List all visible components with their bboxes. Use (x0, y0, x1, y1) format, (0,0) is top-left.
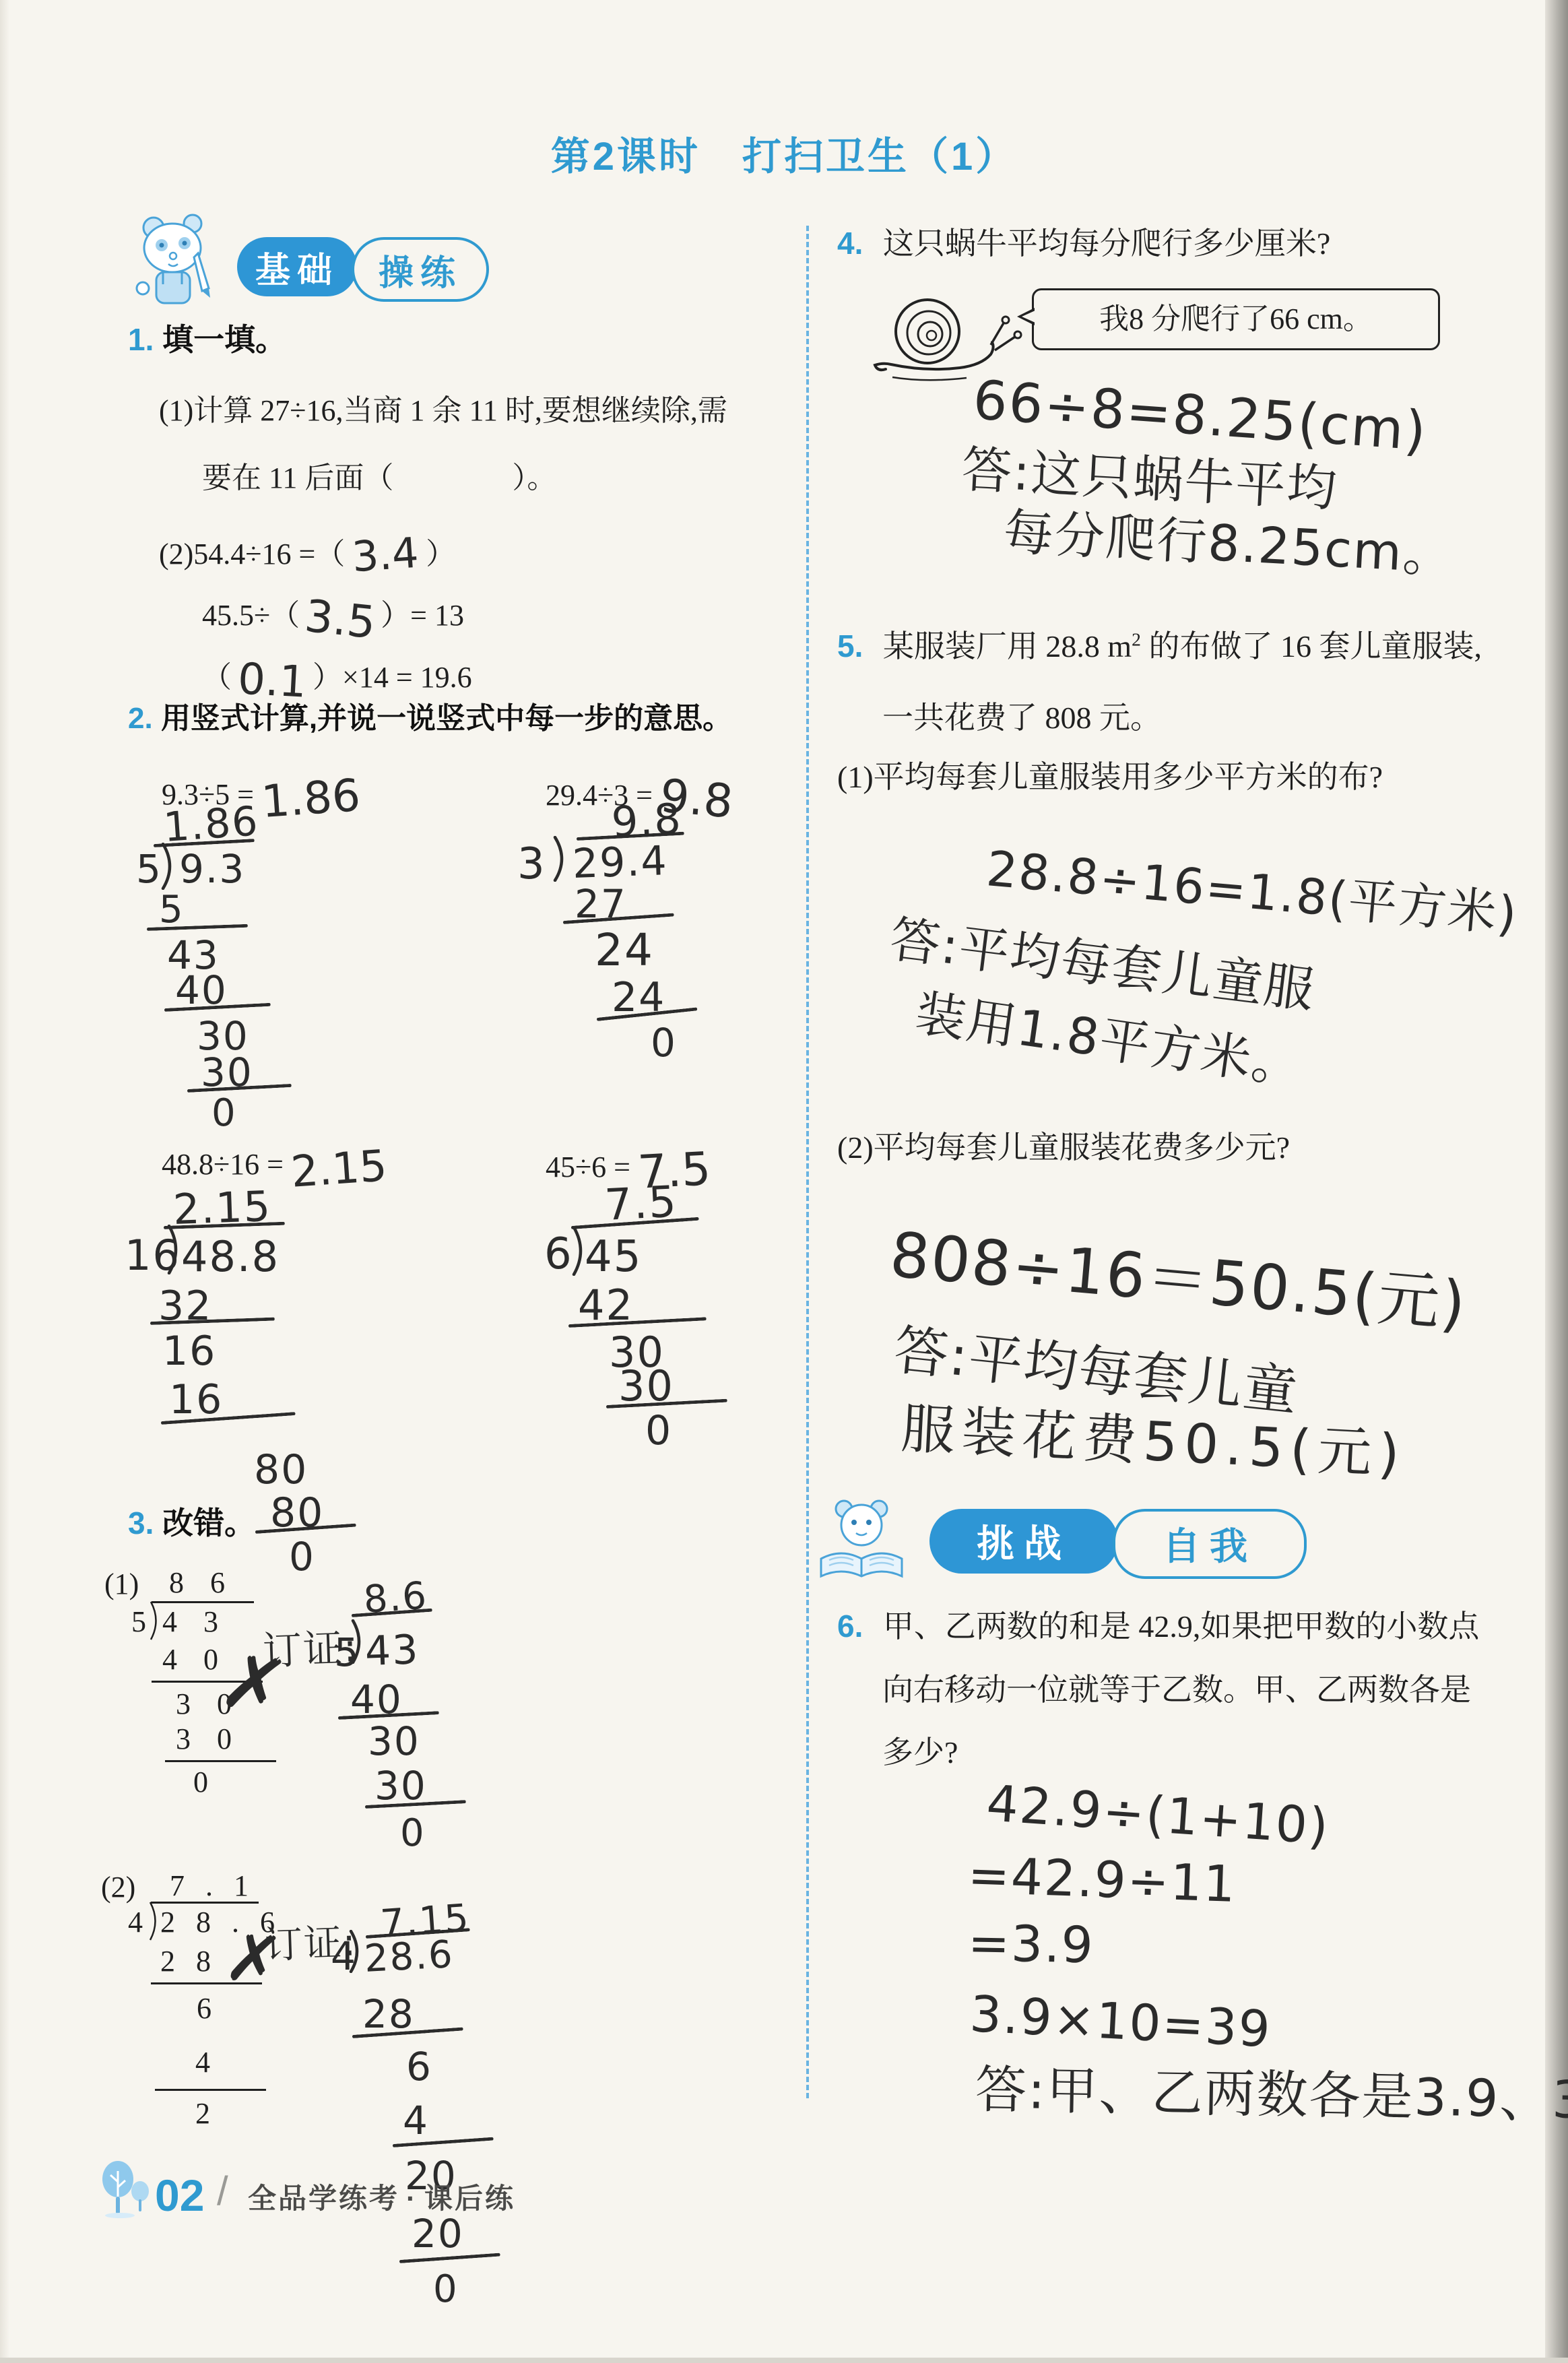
remainder: 0 (651, 1021, 677, 1066)
q1-item4-printed: （ (202, 661, 232, 694)
division-bracket (160, 843, 178, 890)
correction-division-2: 订证: 7.15 4 28.6 28 6 4 20 20 0 (265, 1896, 487, 2314)
q6-work-line: =3.9 (967, 1915, 1095, 1974)
work-row: 6 (406, 2044, 432, 2090)
quotient: 8 6 (169, 1566, 234, 1600)
scan-edge-right (1545, 0, 1568, 2363)
q1-item4-close: ）×14 = 19.6 (313, 661, 472, 694)
q1-item4-answer: 0.1 (230, 655, 314, 709)
division-bracket (149, 1601, 162, 1640)
work-row: 2 8 (160, 1945, 218, 1979)
q6-answer-line: 答:甲、乙两数各是3.9、39。 (975, 2060, 1568, 2131)
dividend: 4 3 (162, 1605, 228, 1640)
work-row: 30 (374, 1763, 427, 1809)
q2-eq4-printed: 45÷6 = (546, 1151, 630, 1184)
work-row: 16 (169, 1377, 223, 1423)
division-bracket (350, 1619, 366, 1664)
remainder: 0 (433, 2268, 459, 2311)
q5-sub2-work-line: 808÷16＝50.5(元) (887, 1219, 1469, 1340)
q5-line2: 一共花费了 808 元。 (882, 701, 1161, 736)
divisor: 4 (128, 1906, 143, 1940)
q5-line1a: 某服装厂用 28.8 m (883, 629, 1132, 663)
work-row: 3 0 (176, 1722, 241, 1757)
remainder: 0 (645, 1408, 672, 1454)
q3-title: 改错。 (162, 1506, 255, 1541)
q5-line1: 某服装厂用 28.8 m2 的布做了 16 套儿童服装, (883, 629, 1482, 663)
vinculum-line (152, 1601, 254, 1603)
q1-item3: 45.5÷（3.5）= 13 (202, 594, 464, 645)
division-bracket (148, 1902, 162, 1941)
q5-sub1: (1)平均每套儿童服装用多少平方米的布? (837, 760, 1383, 796)
q1-title: 填一填。 (162, 322, 286, 357)
q6-work-line: =42.9÷11 (967, 1847, 1238, 1914)
item-label: (2) (101, 1871, 135, 1905)
q6-number: 6. (837, 1609, 863, 1644)
divisor: 5 (136, 847, 162, 892)
workbook-page: 第2课时 打扫卫生（1） 基础 操练 1. 填一填。 (1)计算 27÷16,当… (0, 0, 1568, 2363)
division-bracket (348, 1930, 364, 1973)
dividend: 48.8 (181, 1233, 280, 1281)
longdiv-9point3-by-5: 1.86 5 9.3 5 43 40 30 30 0 (135, 805, 391, 1122)
q4-number: 4. (837, 226, 863, 261)
footer-brand-dot: · (399, 2182, 424, 2214)
trees-icon (100, 2159, 152, 2218)
dividend: 28.6 (363, 1933, 455, 1981)
q5-line1b: 的布做了 16 套儿童服装, (1141, 629, 1482, 663)
badge-basic: 基础 (237, 237, 357, 296)
correction-division-1: 8.6 订证: 5 43 40 30 30 0 (263, 1576, 485, 1859)
bear-reading-icon (812, 1494, 919, 1583)
page-title: 第2课时 打扫卫生（1） (551, 135, 1018, 180)
panda-writing-icon (128, 210, 233, 309)
column-divider (806, 226, 809, 2098)
work-row: 4 (403, 2098, 429, 2143)
q2-number: 2. (128, 702, 153, 735)
q3-number: 3. (128, 1506, 154, 1541)
longdiv-29point4-by-3: 9.8 3 29.4 27 24 24 0 (517, 798, 740, 1068)
longdiv-45-by-6: 7.5 6 45 42 30 30 0 (544, 1186, 746, 1455)
subtraction-line (165, 1760, 276, 1762)
q1-item3-printed: 45.5÷（ (202, 599, 300, 632)
work-row: 4 0 (162, 1643, 228, 1677)
q4-answer-line: 每分爬行8.25cm。 (1002, 504, 1456, 585)
work-row: 5 (159, 888, 185, 932)
q5-sub2: (2)平均每套儿童服装花费多少元? (837, 1130, 1290, 1166)
work-row: 20 (412, 2211, 464, 2257)
divisor: 5 (131, 1605, 146, 1640)
work-row: 30 (368, 1719, 420, 1764)
speech-bubble-tail-fill (1022, 311, 1035, 323)
remainder: 0 (211, 1092, 237, 1135)
remainder: 2 (195, 2097, 210, 2131)
division-bracket (552, 836, 570, 882)
vinculum-line (151, 1902, 259, 1904)
speech-bubble-text: 我8 分爬行了66 cm。 (1099, 302, 1373, 337)
q5-sub2-answer-line: 服装花费50.5(元) (900, 1398, 1408, 1486)
dividend: 43 (364, 1627, 420, 1675)
q4-text: 这只蜗牛平均每分爬行多少厘米? (883, 226, 1330, 261)
subtraction-line (155, 2089, 266, 2091)
q1-line2: 要在 11 后面（ ）。 (202, 461, 556, 496)
footer-slash: / (217, 2168, 228, 2214)
q2-title: 用竖式计算,并说一说竖式中每一步的意思。 (161, 702, 732, 735)
work-row: 16 (162, 1328, 216, 1375)
dividend: 29.4 (572, 838, 669, 888)
q1-item2: (2)54.4÷16 =（3.4） (159, 531, 455, 579)
q6-work-line: 3.9×10=39 (969, 1986, 1273, 2059)
q1-item4: （0.1）×14 = 19.6 (202, 657, 472, 707)
footer-brand-suffix: 课后练 (424, 2182, 515, 2214)
dividend: 9.3 (179, 847, 245, 892)
q5-sub1-work-line: 28.8÷16=1.8(平方米) (984, 841, 1520, 942)
quotient: 7 . 1 (170, 1869, 255, 1904)
q6-line1: 甲、乙两数的和是 42.9,如果把甲数的小数点 (883, 1609, 1480, 1644)
divisor: 3 (517, 840, 546, 890)
work-row: 80 (254, 1447, 308, 1493)
q2-eq3-printed: 48.8÷16 = (162, 1148, 284, 1181)
q1-number: 1. (128, 322, 154, 357)
scan-edge-bottom (0, 2358, 1568, 2363)
work-row: 4 (195, 2046, 210, 2080)
remainder: 0 (193, 1766, 208, 1800)
q1-item3-close: ）= 13 (381, 599, 464, 632)
item-label: (1) (104, 1567, 139, 1602)
page-number: 02 (155, 2170, 204, 2222)
work-row: 6 (197, 1992, 211, 2026)
q1-item3-answer: 3.5 (298, 590, 383, 649)
work-row: 24 (595, 925, 654, 976)
q6-line3: 多少? (882, 1735, 958, 1771)
q1-item2-close: ） (426, 538, 455, 571)
q1-line1: (1)计算 27÷16,当商 1 余 11 时,要想继续除,需 (159, 394, 727, 428)
dividend: 45 (585, 1233, 642, 1283)
q6-work-line: 42.9÷(1+10) (985, 1775, 1331, 1856)
speech-bubble: 我8 分爬行了66 cm。 (1032, 288, 1440, 350)
q5-number: 5. (837, 628, 863, 663)
footer-brand-name: 全品学练考 (248, 2182, 399, 2214)
q6-line2: 向右移动一位就等于乙数。甲、乙两数各是 (882, 1673, 1471, 1708)
work-row: 28 (362, 1992, 415, 2037)
badge-practice: 操练 (352, 237, 489, 302)
footer-brand: 全品学练考·课后练 (248, 2182, 515, 2215)
divisor: 6 (544, 1230, 573, 1280)
badge-self: 自我 (1113, 1509, 1307, 1579)
remainder: 0 (400, 1812, 426, 1855)
q5-superscript: 2 (1132, 629, 1141, 650)
q1-item2-answer: 3.4 (344, 528, 428, 581)
scan-edge-left (0, 0, 9, 2363)
q1-item2-printed: (2)54.4÷16 =（ (159, 538, 345, 571)
badge-challenge: 挑战 (929, 1509, 1118, 1574)
